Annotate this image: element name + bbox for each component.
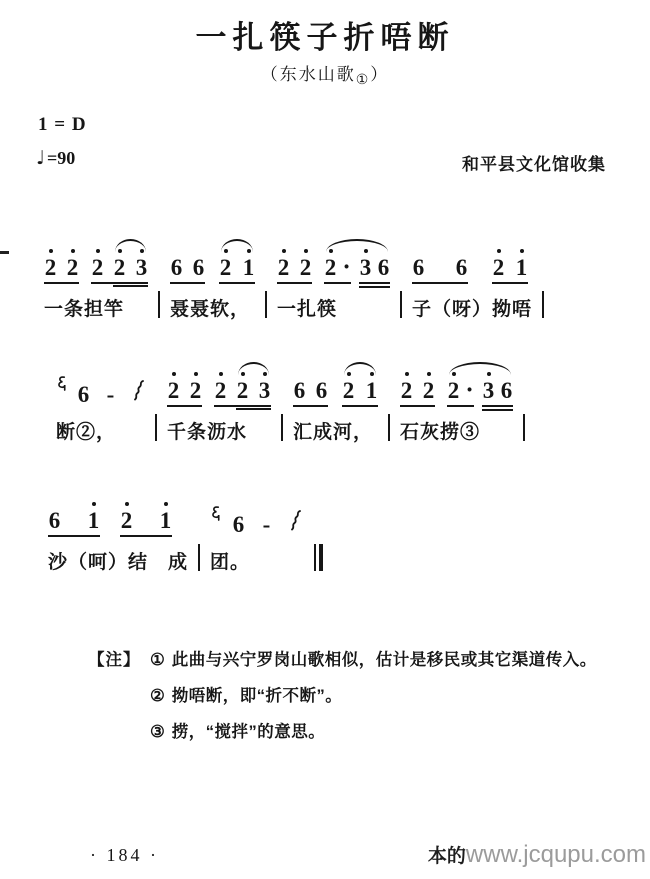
duration-dash: - [103, 383, 118, 407]
page-number: · 184 · [90, 845, 159, 866]
footnote-marker: ① [150, 642, 165, 678]
note-digit: 3 [135, 256, 148, 280]
note-digit: 2 [91, 256, 104, 280]
grace-ornament-icon [210, 505, 221, 524]
barline [400, 291, 402, 318]
beam-underline: 21 [492, 256, 528, 284]
lyric: 千条沥水 [167, 417, 271, 444]
note-group: 22 [44, 256, 79, 284]
note-digit: 2 [214, 379, 227, 403]
slurred-note-group: 23 [113, 256, 148, 280]
beam-underline: 2· [324, 256, 351, 284]
note-group: 22 [400, 379, 435, 407]
note-digit: 2 [189, 379, 202, 403]
note-group: 223 [91, 256, 148, 284]
note-digit: 6 [377, 256, 390, 280]
note-digit: 2 [422, 379, 435, 403]
footnote-text: 拗唔断，即“折不断”。 [172, 678, 343, 714]
lyric: 一条担竿 [44, 294, 148, 321]
score-line-2: 6-断②，22223千条沥水6621汇成河，222·36石灰捞③ [56, 363, 535, 444]
slurred-note-group: 2·36 [447, 379, 513, 407]
note-digit: 2 [167, 379, 180, 403]
notes-row: 6621 [412, 240, 532, 284]
slide-down-icon [288, 510, 302, 532]
score-line-1: 22223一条担竿6621聂聂软，222·36一扎筷6621子（呀）拗唔 [44, 240, 554, 321]
beam-underline: 66 [293, 379, 328, 407]
note-digit: 6 [500, 379, 513, 403]
beam-underline: 21 [219, 256, 255, 284]
footnote-row: ③捞，“搅拌”的意思。 [88, 714, 628, 750]
notes-row: 6621 [170, 240, 255, 284]
beam-underline: 21 [120, 509, 172, 537]
lyric: 汇成河， [293, 417, 378, 444]
lyric: 团。 [210, 547, 302, 574]
lyric: 子（呀）拗唔 [412, 294, 532, 321]
note-digit: 6 [48, 509, 61, 533]
barline [388, 414, 390, 441]
note-digit: 2 [447, 379, 460, 403]
note-digit: 2 [66, 256, 79, 280]
note-digit: 2 [277, 256, 290, 280]
note-digit: 2 [299, 256, 312, 280]
note-group: 22 [277, 256, 312, 284]
barline [265, 291, 267, 318]
notes-row: 222·36 [400, 363, 513, 407]
lyric: 沙（呵）结 成 [48, 547, 188, 574]
note-digit: 6 [192, 256, 205, 280]
note-digit: 2 [400, 379, 413, 403]
note-group: 21 [120, 509, 172, 537]
scan-artifact [0, 251, 9, 254]
measure: 6621子（呀）拗唔 [412, 240, 532, 321]
measure: 222·36一扎筷 [277, 240, 390, 321]
measure: 22223千条沥水 [167, 363, 271, 444]
watermark-url: www.jcqupu.com [466, 841, 646, 869]
subtitle-close-paren: ） [370, 65, 389, 84]
note-group: 21 [492, 256, 528, 284]
lyric: 一扎筷 [277, 294, 390, 321]
score-line-3: 6121沙（呵）结 成6-团。 [48, 493, 323, 574]
beam-underline: 21 [342, 379, 378, 407]
note-digit: 2 [113, 256, 126, 280]
final-barline [314, 544, 323, 571]
footnote-text: 捞，“搅拌”的意思。 [172, 714, 326, 750]
beam-underline: 66 [412, 256, 468, 284]
note-group: 6- [56, 383, 145, 407]
measure: 6-团。 [210, 493, 302, 574]
note-digit: 1 [159, 509, 172, 533]
notes-row: 6- [56, 363, 145, 407]
notes-row: 22223 [44, 240, 148, 284]
note-group: 66 [412, 256, 468, 284]
note-digit: 6 [77, 383, 90, 407]
footnote-label: 【注】 [88, 642, 150, 678]
note-digit: 1 [242, 256, 255, 280]
quarter-note-icon: ♩ [36, 147, 45, 169]
note-digit: 2 [219, 256, 232, 280]
note-digit: 2 [492, 256, 505, 280]
measure: 6621聂聂软， [170, 240, 255, 321]
note-digit: 6 [412, 256, 425, 280]
barline [198, 544, 200, 571]
slurred-note-group: 23 [236, 379, 271, 403]
note-digit: 2 [120, 509, 133, 533]
measure: 22223一条担竿 [44, 240, 148, 321]
note-digit: 6 [315, 379, 328, 403]
measure: 6621汇成河， [293, 363, 378, 444]
note-group: 2· [324, 256, 351, 284]
beam-underline: 22 [167, 379, 202, 407]
lyric: 石灰捞③ [400, 417, 513, 444]
footnote-row: 【注】①此曲与兴宁罗岗山歌相似，估计是移民或其它渠道传入。 [88, 642, 628, 678]
note-group: 36 [359, 256, 390, 284]
beam-underline: 223 [214, 379, 271, 407]
barline [158, 291, 160, 318]
footnote-label [88, 678, 150, 714]
footnote-label [88, 714, 150, 750]
tempo-value: =90 [47, 148, 75, 168]
beam-underline: 22 [277, 256, 312, 284]
footnote-row: ②拗唔断，即“折不断”。 [88, 678, 628, 714]
measure: 222·36石灰捞③ [400, 363, 513, 444]
barline [281, 414, 283, 441]
tempo-marking: ♩=90 [36, 147, 75, 169]
note-digit: 6 [170, 256, 183, 280]
barline [542, 291, 544, 318]
song-title: 一扎筷子折唔断 [0, 12, 650, 57]
footnote-marker: ③ [150, 714, 165, 750]
rhythm-dot: · [342, 256, 351, 280]
barline [155, 414, 157, 441]
note-group: 2· [447, 379, 474, 407]
beam-underline: 2· [447, 379, 474, 407]
collector-credit: 和平县文化馆收集 [462, 150, 606, 175]
key-signature: 1 = D [38, 114, 87, 136]
duration-dash: - [259, 513, 274, 537]
barline [523, 414, 525, 441]
slurred-note-group: 21 [219, 256, 255, 284]
note-digit: 6 [232, 513, 245, 537]
note-group: 6- [210, 513, 302, 537]
beam-underline: 36 [359, 256, 390, 284]
notes-row: 6621 [293, 363, 378, 407]
watermark: 本的www.jcqupu.com [428, 841, 646, 869]
note-group: 223 [214, 379, 271, 407]
note-digit: 1 [87, 509, 100, 533]
footnote-marker: ② [150, 678, 165, 714]
note-digit: 6 [455, 256, 468, 280]
slurred-note-group: 21 [342, 379, 378, 407]
note-digit: 1 [365, 379, 378, 403]
measure: 6-断②， [56, 363, 145, 444]
notes-row: 222·36 [277, 240, 390, 284]
song-subtitle: （东水山歌①） [0, 60, 650, 85]
note-digit: 3 [258, 379, 271, 403]
subtitle-footnote-marker: ① [356, 71, 371, 87]
watermark-prefix: 本的 [428, 841, 466, 868]
note-digit: 3 [482, 379, 495, 403]
beam-underline: 61 [48, 509, 100, 537]
sheet-music-page: 一扎筷子折唔断 （东水山歌①） 1 = D ♩=90 和平县文化馆收集 2222… [0, 0, 650, 879]
note-group: 66 [293, 379, 328, 407]
note-digit: 2 [236, 379, 249, 403]
note-digit: 2 [324, 256, 337, 280]
note-group: 36 [482, 379, 513, 407]
beam-underline: 36 [482, 379, 513, 407]
beam-underline: 66 [170, 256, 205, 284]
lyric: 断②， [56, 417, 145, 444]
beam-underline: 22 [44, 256, 79, 284]
subtitle-text: （东水山歌 [261, 65, 356, 84]
note-group: 22 [167, 379, 202, 407]
note-digit: 2 [342, 379, 355, 403]
footnote-text: 此曲与兴宁罗岗山歌相似，估计是移民或其它渠道传入。 [172, 642, 597, 678]
lyric: 聂聂软， [170, 294, 255, 321]
notes-row: 6121 [48, 493, 188, 537]
measure: 6121沙（呵）结 成 [48, 493, 188, 574]
note-digit: 3 [359, 256, 372, 280]
footnotes-block: 【注】①此曲与兴宁罗岗山歌相似，估计是移民或其它渠道传入。②拗唔断，即“折不断”… [88, 642, 628, 750]
notes-row: 22223 [167, 363, 271, 407]
note-digit: 2 [44, 256, 57, 280]
beam-underline: 22 [400, 379, 435, 407]
beam-underline: 223 [91, 256, 148, 284]
note-digit: 1 [515, 256, 528, 280]
grace-ornament-icon [56, 375, 67, 394]
notes-row: 6- [210, 493, 302, 537]
slide-down-icon [131, 380, 145, 402]
rhythm-dot: · [465, 379, 474, 403]
slurred-note-group: 2·36 [324, 256, 390, 284]
note-digit: 6 [293, 379, 306, 403]
note-group: 61 [48, 509, 100, 537]
note-group: 66 [170, 256, 205, 284]
